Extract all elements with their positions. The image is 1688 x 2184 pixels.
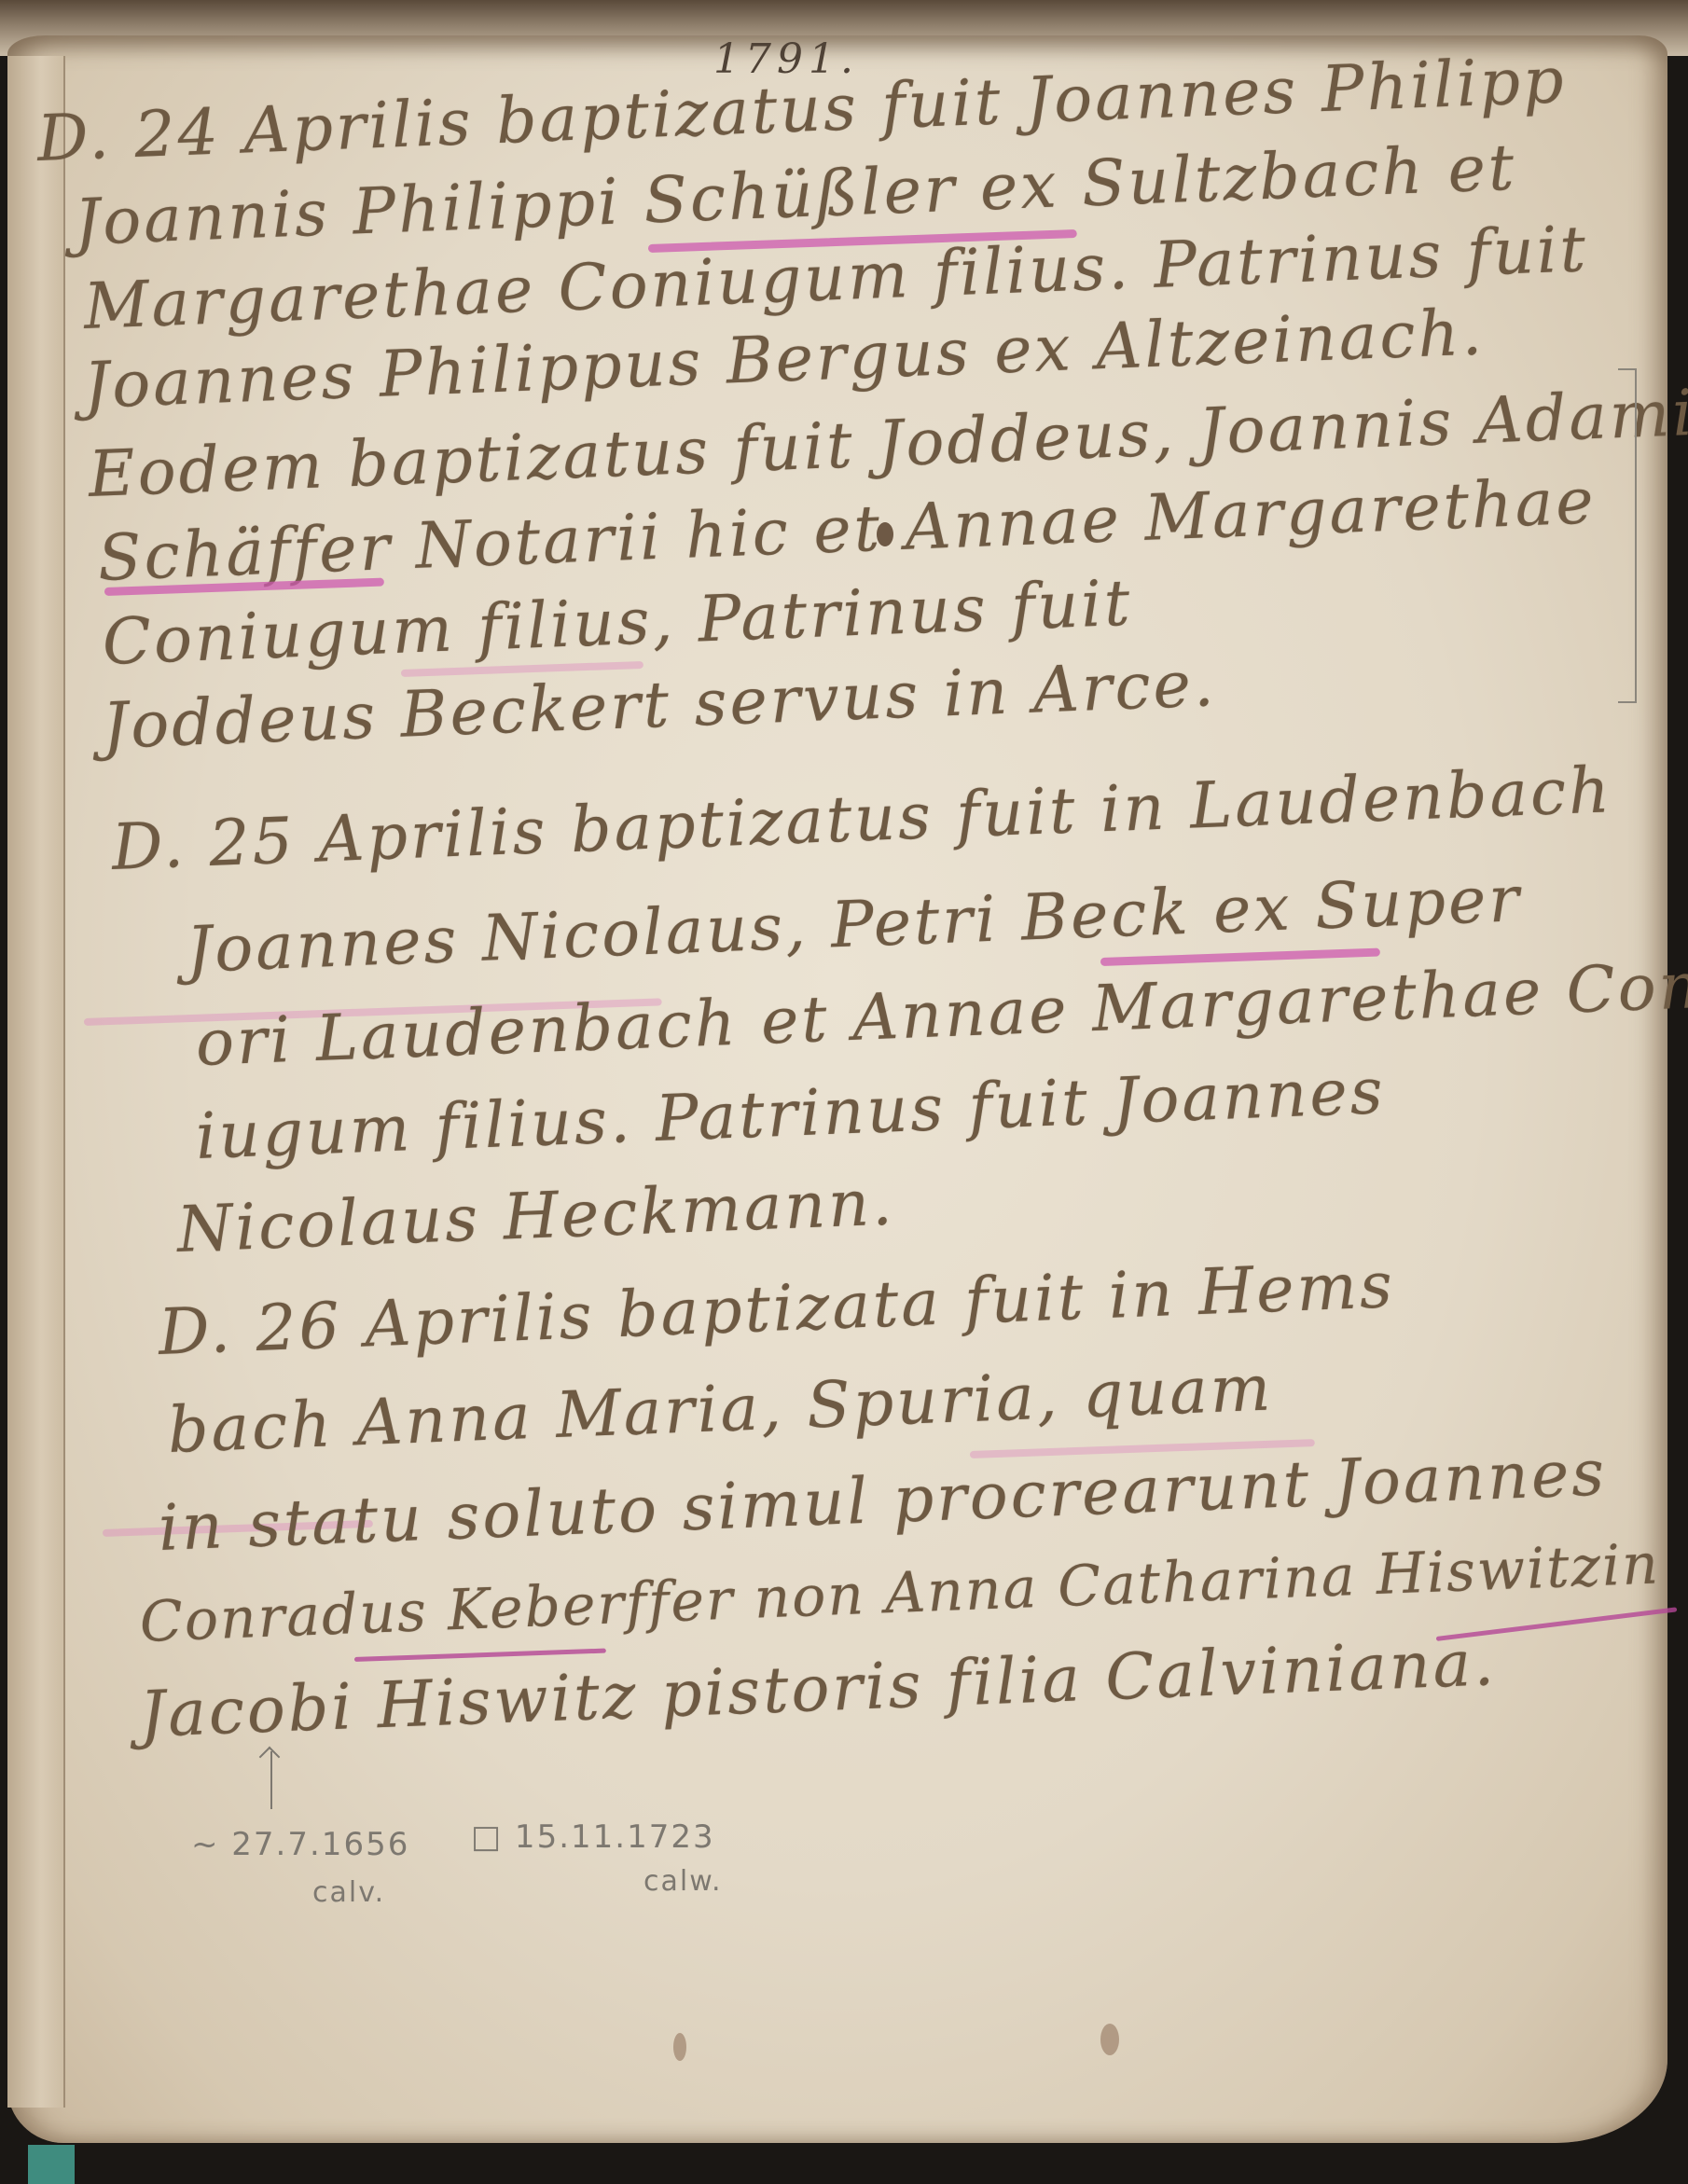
pencil-date-right: □ 15.11.1723 bbox=[471, 1818, 715, 1856]
ink-stain bbox=[673, 2033, 686, 2061]
pencil-bracket bbox=[1618, 368, 1637, 703]
ink-stain bbox=[1100, 2024, 1119, 2055]
pencil-arrow-icon bbox=[270, 1751, 272, 1809]
binding-gutter bbox=[7, 56, 65, 2108]
pencil-note-right: calw. bbox=[643, 1865, 723, 1898]
pencil-date-left: ~ 27.7.1656 bbox=[191, 1826, 409, 1863]
pencil-note-left: calv. bbox=[312, 1876, 385, 1909]
green-tab bbox=[28, 2145, 75, 2184]
